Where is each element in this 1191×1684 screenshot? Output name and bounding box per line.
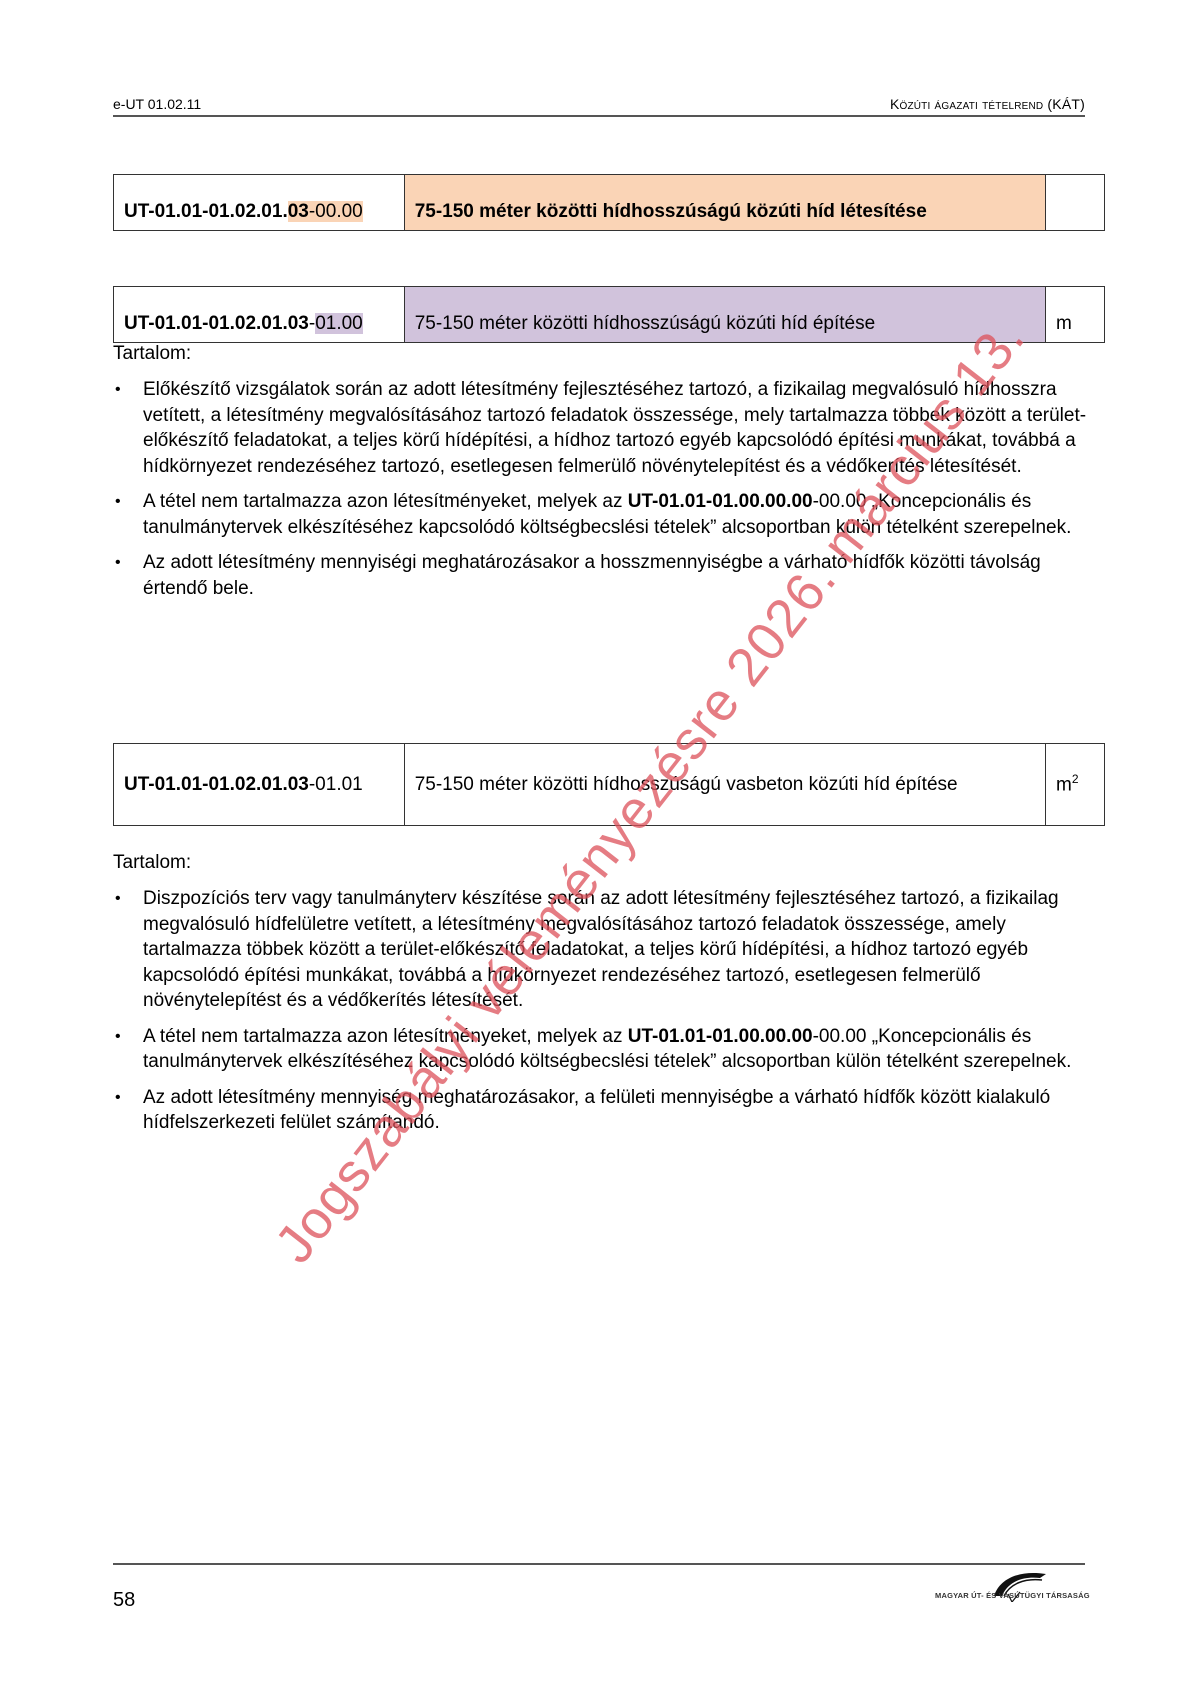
bullet-item: Diszpozíciós terv vagy tanulmányterv kés… (113, 886, 1098, 1014)
item-table-2: UT-01.01-01.02.01.03-01.00 75-150 méter … (113, 286, 1105, 343)
item-unit: m (1046, 287, 1105, 343)
document-id: e-UT 01.02.11 (113, 96, 201, 112)
item-unit: m2 (1046, 744, 1105, 826)
item-description: 75-150 méter közötti hídhosszúságú közút… (404, 175, 1045, 231)
item-table-3: UT-01.01-01.02.01.03-01.01 75-150 méter … (113, 743, 1105, 826)
item-description: 75-150 méter közötti hídhosszúságú közút… (404, 287, 1045, 343)
logo-text: MAGYAR ÚT- ÉS VASÚTÜGYI TÁRSASÁG (935, 1591, 1090, 1600)
document-title: Közúti ágazati tételrend (KÁT) (890, 96, 1085, 112)
bullet-item: Az adott létesítmény mennyiségi meghatár… (113, 550, 1098, 601)
item-code: UT-01.01-01.02.01.03-00.00 (114, 175, 405, 231)
header-divider (113, 115, 1085, 117)
footer-divider (113, 1563, 1085, 1565)
bullet-item: A tétel nem tartalmazza azon létesítmény… (113, 1024, 1098, 1075)
page-number: 58 (113, 1589, 135, 1612)
bullet-item: Előkészítő vizsgálatok során az adott lé… (113, 377, 1098, 479)
item-code: UT-01.01-01.02.01.03-01.00 (114, 287, 405, 343)
content-label: Tartalom: (113, 343, 191, 365)
page-header: e-UT 01.02.11 Közúti ágazati tételrend (… (113, 96, 1085, 116)
bullet-item: A tétel nem tartalmazza azon létesítmény… (113, 489, 1098, 540)
item-unit (1046, 175, 1105, 231)
item-code: UT-01.01-01.02.01.03-01.01 (114, 744, 405, 826)
content-bullets-item-3: Diszpozíciós terv vagy tanulmányterv kés… (113, 886, 1098, 1146)
content-label: Tartalom: (113, 852, 191, 874)
publisher-logo: MAGYAR ÚT- ÉS VASÚTÜGYI TÁRSASÁG (935, 1568, 1085, 1608)
item-description: 75-150 méter közötti hídhosszúságú vasbe… (404, 744, 1045, 826)
item-table-1: UT-01.01-01.02.01.03-00.00 75-150 méter … (113, 174, 1105, 231)
bullet-item: Az adott létesítmény mennyiség meghatáro… (113, 1085, 1098, 1136)
content-bullets-item-2: Előkészítő vizsgálatok során az adott lé… (113, 377, 1098, 611)
